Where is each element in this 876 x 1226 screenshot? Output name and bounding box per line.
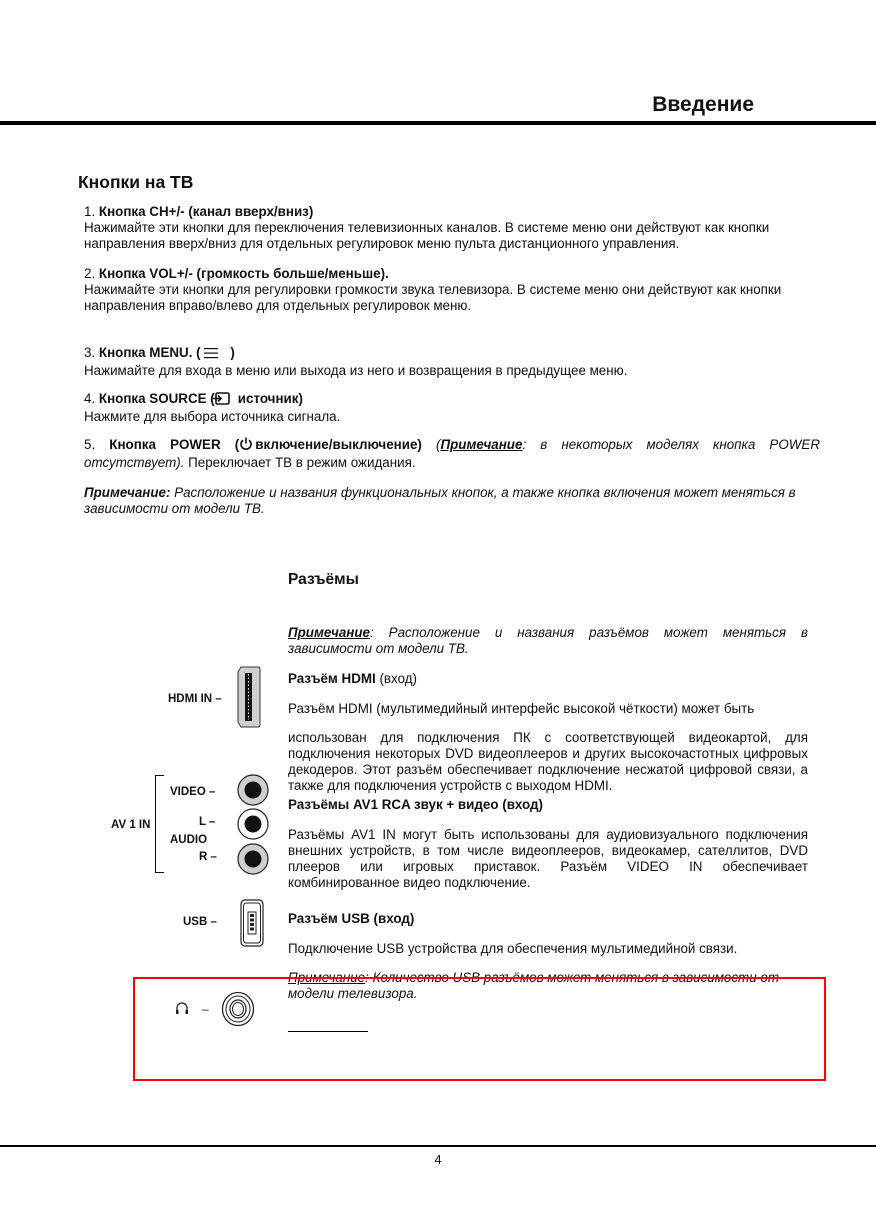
usb-label: USB – bbox=[183, 914, 217, 930]
usb-port-icon bbox=[240, 899, 264, 951]
item-number: 5. bbox=[84, 437, 109, 452]
footer-rule bbox=[0, 1145, 876, 1147]
item-number: 1. bbox=[84, 204, 99, 219]
hdmi-port-icon bbox=[236, 664, 262, 734]
note-label: Примечание bbox=[440, 437, 522, 452]
item-description: Нажимайте для входа в меню или выхода из… bbox=[84, 363, 820, 379]
header-rule bbox=[0, 121, 876, 125]
item-description: Нажмите для выбора источника сигнала. bbox=[84, 409, 820, 425]
headphones-icon bbox=[175, 1001, 189, 1019]
rca-jack-icon bbox=[235, 774, 271, 880]
av-audio-label: AUDIO bbox=[170, 832, 207, 848]
connectors-title: Разъёмы bbox=[288, 572, 359, 588]
hdmi-label: HDMI IN – bbox=[168, 691, 222, 707]
section-title: Кнопки на ТВ bbox=[78, 172, 193, 192]
connector-title: Разъёмы AV1 RCA звук + видео (вход) bbox=[288, 797, 808, 813]
menu-icon bbox=[204, 347, 230, 363]
av-video-label: VIDEO – bbox=[170, 784, 215, 800]
headphone-jack-icon bbox=[221, 991, 255, 1031]
av-description-block: Разъёмы AV1 RCA звук + видео (вход) Разъ… bbox=[288, 784, 808, 904]
connector-desc-first: Разъём HDMI (мультимедийный интерфейс вы… bbox=[288, 701, 808, 717]
button-item-power: 5. Кнопка POWER ( включение/выключение) … bbox=[84, 437, 820, 471]
item-title: Кнопка VOL+/- (громкость больше/меньше). bbox=[99, 266, 389, 281]
blank-underline bbox=[288, 1031, 368, 1032]
av-group-label: AV 1 IN bbox=[111, 817, 150, 833]
item-description: Переключает ТВ в режим ожидания. bbox=[184, 455, 415, 470]
item-number: 3. bbox=[84, 345, 99, 360]
button-item-source: 4. Кнопка SOURCE ( источник) Нажмите для… bbox=[84, 391, 820, 425]
item-description: Нажимайте эти кнопки для переключения те… bbox=[84, 220, 820, 252]
connector-title-suffix: (вход) bbox=[376, 671, 417, 686]
note-label: Примечание bbox=[288, 625, 370, 640]
av-left-label: L – bbox=[199, 814, 215, 830]
headphone-arrow: – bbox=[202, 1001, 209, 1017]
button-item-ch: 1. Кнопка CH+/- (канал вверх/вниз) Нажим… bbox=[84, 204, 820, 252]
connector-title: Разъём USB (вход) bbox=[288, 911, 808, 927]
note-text: Расположение и названия функциональных к… bbox=[84, 485, 796, 516]
item-number: 4. bbox=[84, 391, 99, 406]
item-number: 2. bbox=[84, 266, 99, 281]
item-title: Кнопка POWER ( bbox=[109, 437, 239, 452]
button-item-menu: 3. Кнопка MENU. ( ) Нажимайте для входа … bbox=[84, 345, 820, 379]
source-input-icon bbox=[212, 392, 238, 409]
item-title: Кнопка CH+/- (канал вверх/вниз) bbox=[99, 204, 313, 219]
button-item-vol: 2. Кнопка VOL+/- (громкость больше/меньш… bbox=[84, 266, 820, 314]
item-title-end: ) bbox=[230, 345, 234, 360]
item-title-end: источник) bbox=[238, 391, 303, 406]
av-bracket bbox=[155, 775, 164, 873]
av-right-label: R – bbox=[199, 849, 217, 865]
connector-description: Разъёмы AV1 IN могут быть использованы д… bbox=[288, 827, 808, 891]
page-number: 4 bbox=[0, 1152, 876, 1168]
item-title-end: включение/выключение) bbox=[255, 437, 422, 452]
item-description: Нажимайте эти кнопки для регулировки гро… bbox=[84, 282, 820, 314]
item-title: Кнопка SOURCE ( bbox=[99, 391, 215, 406]
note-label: Примечание: bbox=[84, 485, 170, 500]
item-title: Кнопка MENU. ( bbox=[99, 345, 201, 360]
connector-title: Разъём HDMI bbox=[288, 671, 376, 686]
chapter-title: Введение bbox=[652, 93, 754, 117]
general-note: Примечание: Расположение и названия функ… bbox=[84, 485, 820, 517]
connector-description: Подключение USB устройства для обеспечен… bbox=[288, 941, 808, 957]
power-icon bbox=[239, 437, 255, 455]
